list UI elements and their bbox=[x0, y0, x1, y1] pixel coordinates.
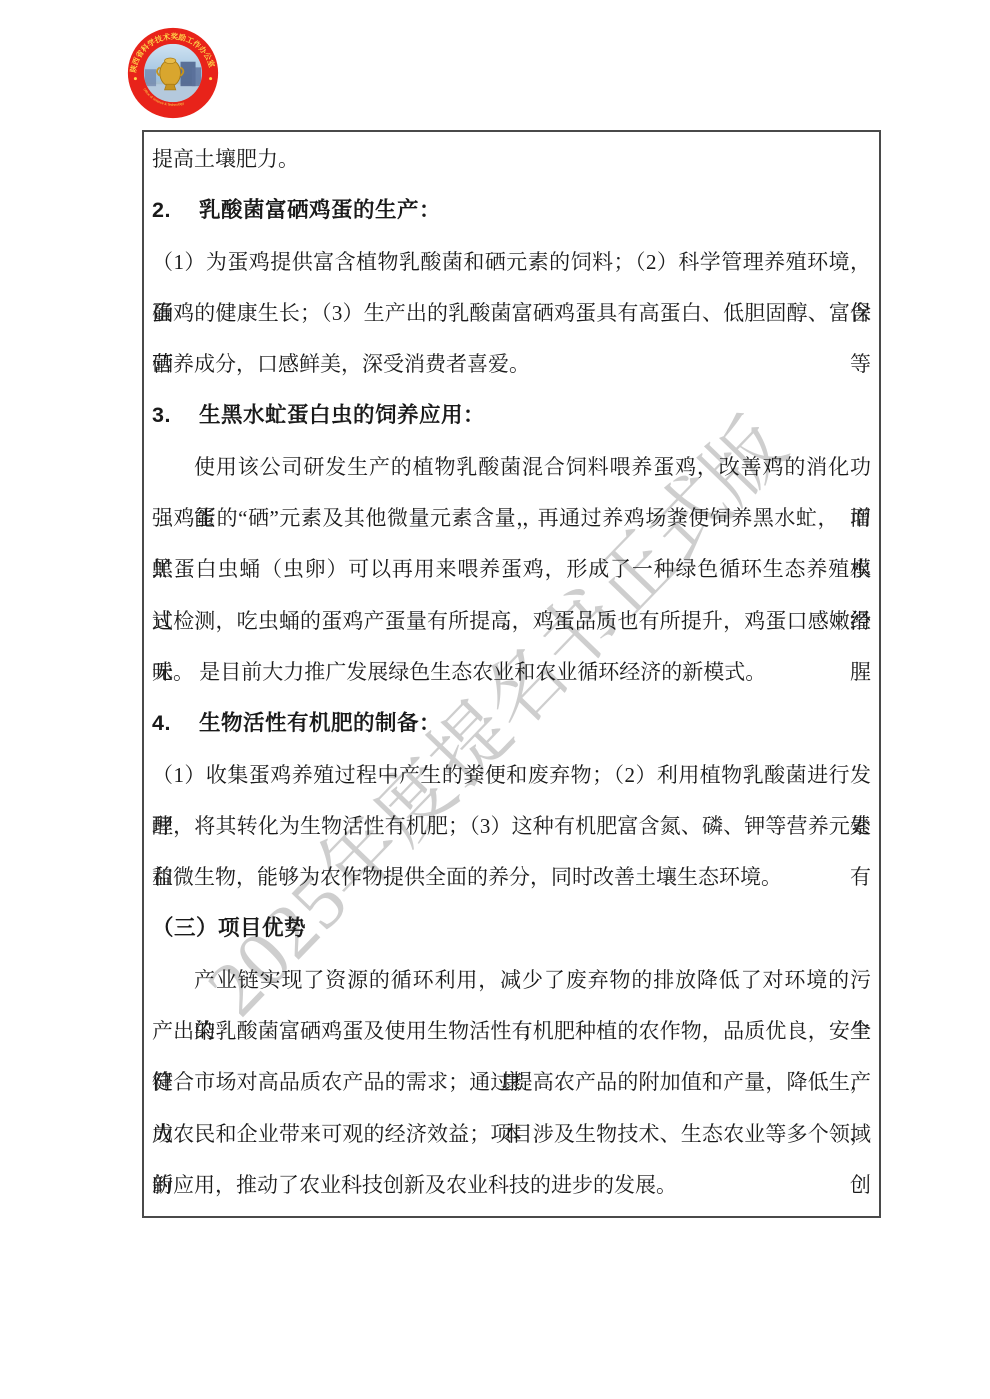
line-text: （三）项目优势 bbox=[152, 916, 306, 940]
heading-number: 4. bbox=[152, 711, 171, 735]
seal-right-star bbox=[209, 77, 212, 80]
line-text: 营养成分，口感鲜美，深受消费者喜爱。 bbox=[152, 352, 530, 376]
line-text: 提高土壤肥力。 bbox=[152, 147, 299, 171]
text-line: 益微生物，能够为农作物提供全面的养分，同时改善土壤生态环境。 bbox=[152, 852, 871, 903]
text-line: 过检测，吃虫蛹的蛋鸡产蛋量有所提高，鸡蛋品质也有所提升，鸡蛋口感嫩滑无腥 bbox=[152, 596, 871, 647]
award-seal-logo: 陕西省科学技术奖励工作办公室 Office of Science & Techn… bbox=[126, 26, 220, 120]
text-line: 蛋鸡的健康生长；（3）生产出的乳酸菌富硒鸡蛋具有高蛋白、低胆固醇、富含硒等 bbox=[152, 288, 871, 339]
text-line: 味。 是目前大力推广发展绿色生态农业和农业循环经济的新模式。 bbox=[152, 647, 871, 698]
text-line: 强鸡蛋的“硒”元素及其他微量元素含量，再通过养鸡场粪便饲养黑水虻， 而黑水 bbox=[152, 493, 871, 544]
text-line: 为农民和企业带来可观的经济效益；项目涉及生物技术、生态农业等多个领域的创 bbox=[152, 1109, 871, 1160]
document-lines: 提高土壤肥力。2.乳酸菌富硒鸡蛋的生产：（1）为蛋鸡提供富含植物乳酸菌和硒元素的… bbox=[152, 134, 871, 1211]
text-line: （1）收集蛋鸡养殖过程中产生的粪便和废弃物；（2）利用植物乳酸菌进行发酵处 bbox=[152, 750, 871, 801]
line-text: 生黑水虻蛋白虫的饲养应用： bbox=[199, 403, 485, 427]
text-line: 提高土壤肥力。 bbox=[152, 134, 871, 185]
document-page: 陕西省科学技术奖励工作办公室 Office of Science & Techn… bbox=[0, 0, 990, 1399]
line-text: 味。 是目前大力推广发展绿色生态农业和农业循环经济的新模式。 bbox=[152, 660, 766, 684]
heading-number: 3. bbox=[152, 403, 171, 427]
document-table: 提高土壤肥力。2.乳酸菌富硒鸡蛋的生产：（1）为蛋鸡提供富含植物乳酸菌和硒元素的… bbox=[142, 130, 881, 1218]
seal-left-star bbox=[134, 77, 137, 80]
text-line: 产出的乳酸菌富硒鸡蛋及使用生物活性有机肥种植的农作物，品质优良，安全健康， bbox=[152, 1006, 871, 1057]
text-line: 3.生黑水虻蛋白虫的饲养应用： bbox=[152, 390, 871, 441]
text-line: 虻蛋白虫蛹（虫卵）可以再用来喂养蛋鸡，形成了一种绿色循环生态养殖模式。经 bbox=[152, 544, 871, 595]
award-seal-icon: 陕西省科学技术奖励工作办公室 Office of Science & Techn… bbox=[126, 26, 220, 120]
text-line: 使用该公司研发生产的植物乳酸菌混合饲料喂养蛋鸡，改善鸡的消化功能，增 bbox=[152, 442, 871, 493]
text-line: 符合市场对高品质农产品的需求；通过提高农产品的附加值和产量，降低生产成本， bbox=[152, 1057, 871, 1108]
line-text: 乳酸菌富硒鸡蛋的生产： bbox=[199, 198, 441, 222]
line-text: 生物活性有机肥的制备： bbox=[199, 711, 441, 735]
text-line: 2.乳酸菌富硒鸡蛋的生产： bbox=[152, 185, 871, 236]
text-line: 理，将其转化为生物活性有机肥；（3）这种有机肥富含氮、磷、钾等营养元素和有 bbox=[152, 801, 871, 852]
seal-photo bbox=[144, 44, 202, 102]
line-text: 新应用，推动了农业科技创新及农业科技的进步的发展。 bbox=[152, 1173, 677, 1197]
text-line: （1）为蛋鸡提供富含植物乳酸菌和硒元素的饲料；（2）科学管理养殖环境，确保 bbox=[152, 237, 871, 288]
text-line: 4.生物活性有机肥的制备： bbox=[152, 698, 871, 749]
heading-number: 2. bbox=[152, 198, 171, 222]
text-line: （三）项目优势 bbox=[152, 903, 871, 954]
text-line: 产业链实现了资源的循环利用，减少了废弃物的排放降低了对环境的污染；生 bbox=[152, 955, 871, 1006]
line-text: 益微生物，能够为农作物提供全面的养分，同时改善土壤生态环境。 bbox=[152, 865, 782, 889]
